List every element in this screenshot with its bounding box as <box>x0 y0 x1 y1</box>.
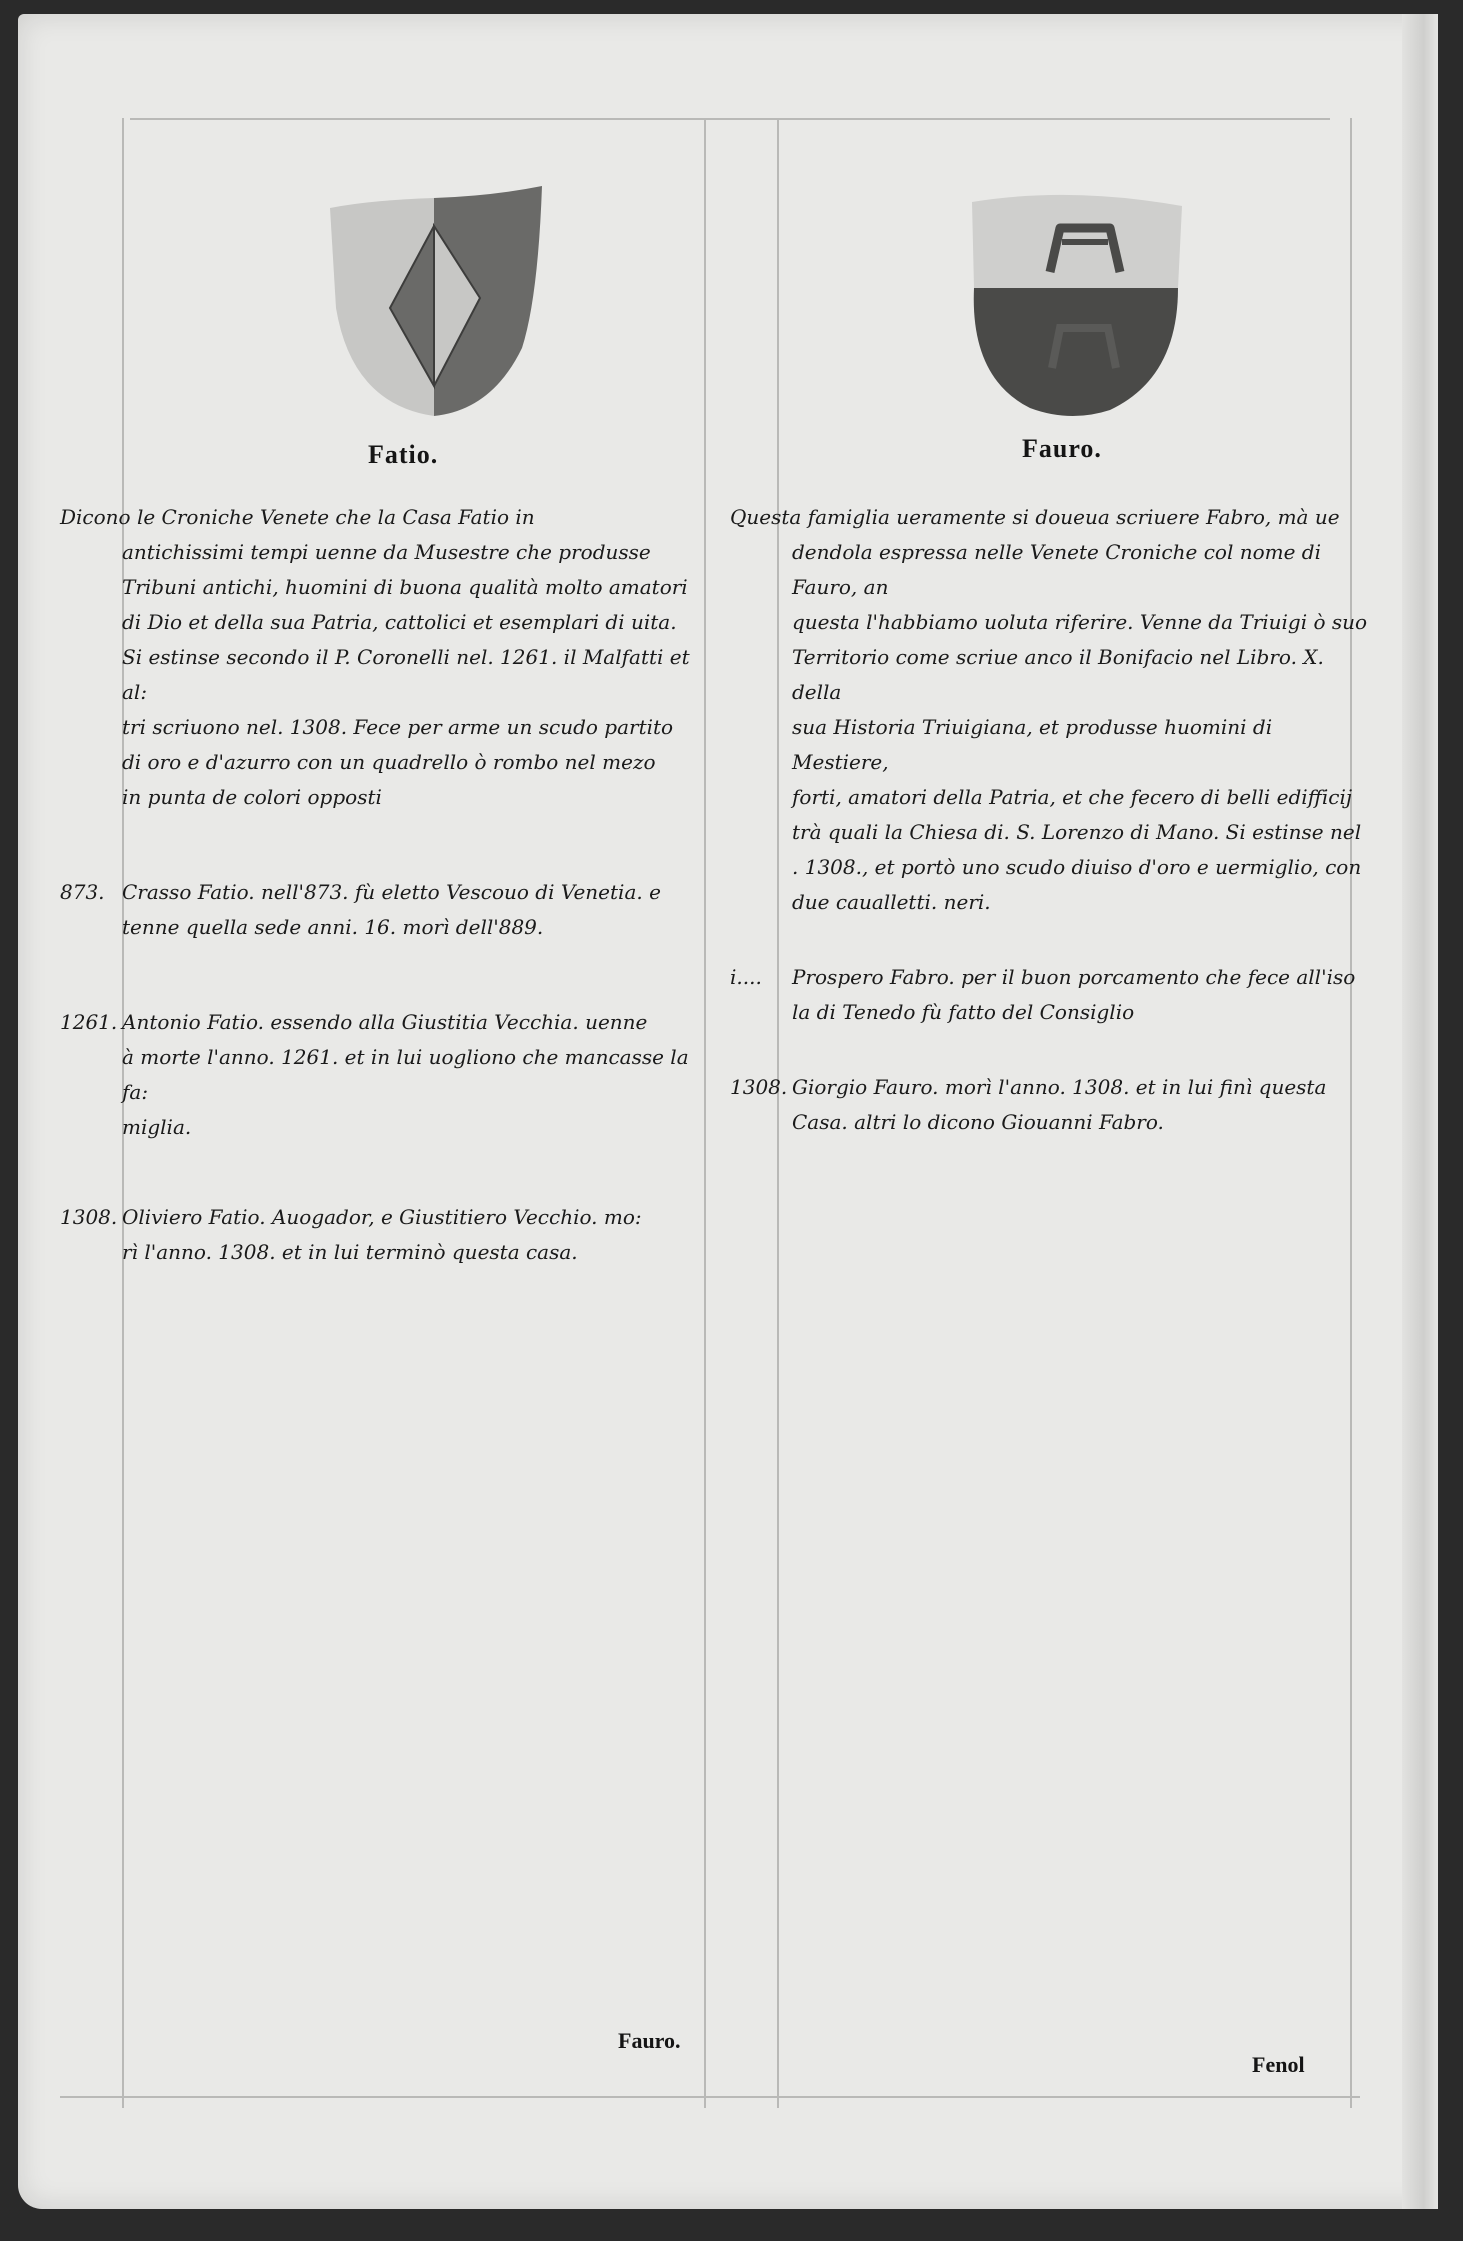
fauro-intro-line: Questa famiglia ueramente si doueua scri… <box>730 500 1370 535</box>
entry-year: 1308. <box>730 1070 792 1140</box>
fauro-entry-1308: 1308. Giorgio Fauro. morì l'anno. 1308. … <box>730 1070 1370 1140</box>
fauro-intro-line: Territorio come scriue anco il Bonifacio… <box>730 640 1370 710</box>
entry-line: miglia. <box>122 1110 700 1145</box>
fatio-intro-line: Si estinse secondo il P. Coronelli nel. … <box>60 640 700 710</box>
entry-line: Crasso Fatio. nell'873. fù eletto Vescou… <box>122 875 700 910</box>
fatio-entry-1261: 1261. Antonio Fatio. essendo alla Giusti… <box>60 1005 700 1145</box>
entry-line: Oliviero Fatio. Auogador, e Giustitiero … <box>122 1200 700 1235</box>
fatio-intro-line: tri scriuono nel. 1308. Fece per arme un… <box>60 710 700 745</box>
right-column-text: Questa famiglia ueramente si doueua scri… <box>730 500 1370 1140</box>
entry-line: tenne quella sede anni. 16. morì dell'88… <box>122 910 700 945</box>
fauro-entry-prospero: i.... Prospero Fabro. per il buon porcam… <box>730 960 1370 1030</box>
catchword-right: Fenol <box>1252 2052 1305 2078</box>
entry-year: 873. <box>60 875 122 945</box>
fauro-intro-line: . 1308., et portò uno scudo diuiso d'oro… <box>730 850 1370 885</box>
fatio-intro-line: di Dio et della sua Patria, cattolici et… <box>60 605 700 640</box>
catchword-left: Fauro. <box>618 2028 681 2054</box>
fatio-entry-873: 873. Crasso Fatio. nell'873. fù eletto V… <box>60 875 700 945</box>
ruled-line-bottom <box>60 2096 1360 2098</box>
fatio-intro-line: di oro e d'azurro con un quadrello ò rom… <box>60 745 700 780</box>
fatio-intro-line: antichissimi tempi uenne da Musestre che… <box>60 535 700 570</box>
arms-name-fauro: Fauro. <box>1022 434 1102 464</box>
fauro-intro-line: sua Historia Triuigiana, et produsse huo… <box>730 710 1370 780</box>
entry-line: la di Tenedo fù fatto del Consiglio <box>792 995 1370 1030</box>
entry-line: rì l'anno. 1308. et in lui terminò quest… <box>122 1235 700 1270</box>
entry-line: à morte l'anno. 1261. et in lui uogliono… <box>122 1040 700 1110</box>
entry-line: Giorgio Fauro. morì l'anno. 1308. et in … <box>792 1070 1370 1105</box>
fatio-intro-line: Tribuni antichi, huomini di buona qualit… <box>60 570 700 605</box>
fatio-intro-line: Dicono le Croniche Venete che la Casa Fa… <box>60 500 700 535</box>
entry-year: 1308. <box>60 1200 122 1270</box>
entry-year: i.... <box>730 960 792 1030</box>
page-gutter-shadow <box>1402 14 1438 2209</box>
coat-of-arms-fatio-icon <box>312 178 552 418</box>
fauro-intro-line: questa l'habbiamo uoluta riferire. Venne… <box>730 605 1370 640</box>
ruled-column-divider-left <box>704 118 706 2108</box>
entry-line: Casa. altri lo dicono Giouanni Fabro. <box>792 1105 1370 1140</box>
fatio-intro-line: in punta de colori opposti <box>60 780 700 815</box>
coat-of-arms-fauro-icon <box>960 178 1190 418</box>
entry-line: Antonio Fatio. essendo alla Giustitia Ve… <box>122 1005 700 1040</box>
left-column-text: Dicono le Croniche Venete che la Casa Fa… <box>60 500 700 1270</box>
entry-year: 1261. <box>60 1005 122 1145</box>
fauro-intro-line: forti, amatori della Patria, et che fece… <box>730 780 1370 815</box>
fauro-intro-line: trà quali la Chiesa di. S. Lorenzo di Ma… <box>730 815 1370 850</box>
fauro-intro-line: dendola espressa nelle Venete Croniche c… <box>730 535 1370 605</box>
arms-name-fatio: Fatio. <box>368 440 438 470</box>
ruled-line-top <box>130 118 1330 120</box>
entry-line: Prospero Fabro. per il buon porcamento c… <box>792 960 1370 995</box>
fatio-entry-1308: 1308. Oliviero Fatio. Auogador, e Giusti… <box>60 1200 700 1270</box>
fauro-intro-line: due caualletti. neri. <box>730 885 1370 920</box>
